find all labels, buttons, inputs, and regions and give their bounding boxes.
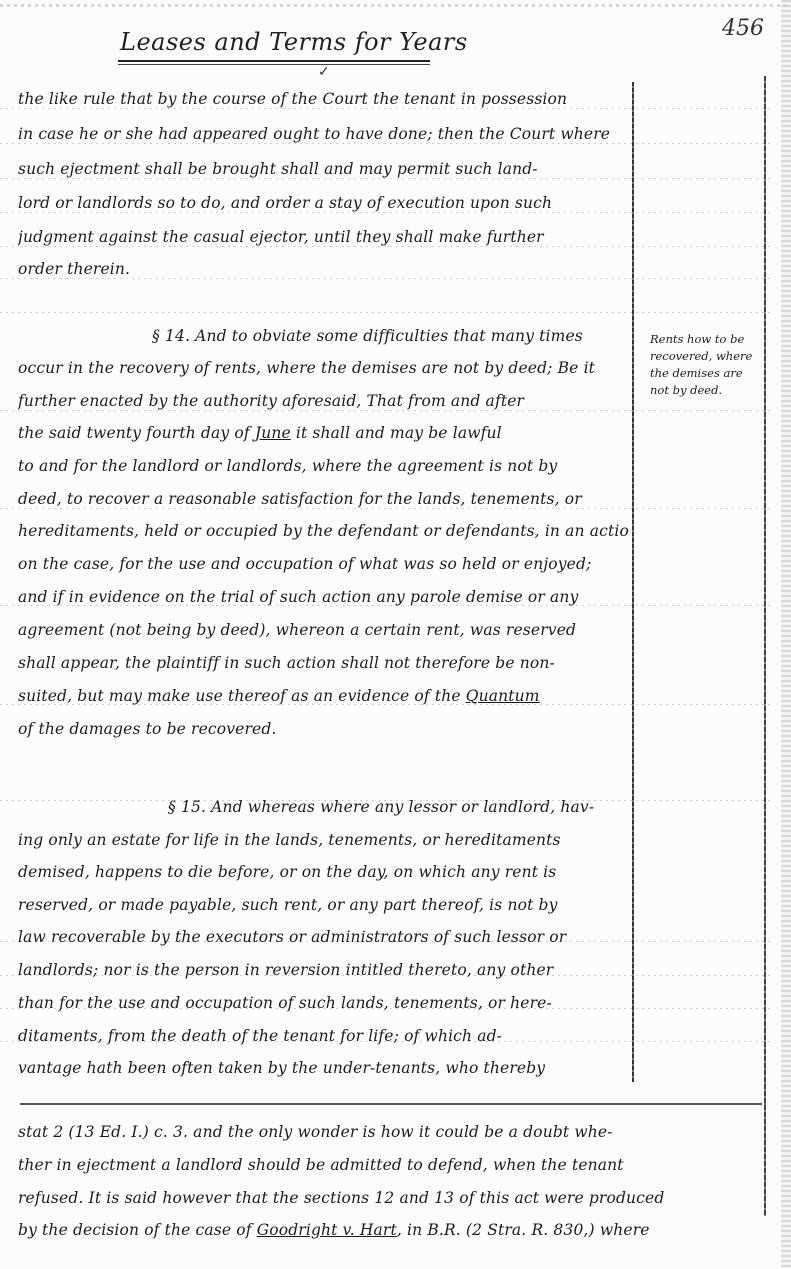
text-span: by the decision of the case of	[18, 1221, 252, 1239]
text-line: law recoverable by the executors or admi…	[18, 927, 630, 947]
check-mark-icon: ✓	[318, 64, 330, 80]
footnote-line: ther in ejectment a landlord should be a…	[18, 1155, 768, 1175]
title-underline	[118, 60, 430, 62]
right-margin-rule	[764, 76, 766, 1216]
manuscript-page: Leases and Terms for Years ✓ 456 the lik…	[0, 0, 791, 1269]
text-span: suited, but may make use thereof as an e…	[18, 687, 461, 705]
footnote-line: by the decision of the case of Goodright…	[18, 1220, 768, 1240]
page-right-edge	[781, 0, 791, 1269]
case-name: Goodright v. Hart	[257, 1221, 397, 1239]
text-line: order therein.	[18, 259, 630, 279]
footnote-divider	[20, 1103, 762, 1105]
text-span: , in B.R. (2 Stra. R. 830,) where	[397, 1221, 650, 1239]
text-line: such ejectment shall be brought shall an…	[18, 159, 630, 179]
underlined-word: Quantum	[466, 687, 540, 705]
footnote-line: stat 2 (13 Ed. I.) c. 3. and the only wo…	[18, 1122, 768, 1142]
underlined-word: June	[255, 424, 291, 442]
text-line: landlords; nor is the person in reversio…	[18, 960, 630, 980]
text-span: it shall and may be lawful	[296, 424, 502, 442]
text-line: deed, to recover a reasonable satisfacti…	[18, 489, 630, 509]
ruled-line	[0, 312, 770, 313]
footnote-line: refused. It is said however that the sec…	[18, 1188, 768, 1208]
text-line: in case he or she had appeared ought to …	[18, 124, 630, 144]
text-line: reserved, or made payable, such rent, or…	[18, 895, 630, 915]
text-line: occur in the recovery of rents, where th…	[18, 358, 630, 378]
margin-rule	[632, 82, 634, 1082]
section-15-heading-line: § 15. And whereas where any lessor or la…	[168, 797, 630, 817]
page-number: 456	[722, 16, 764, 41]
text-line: agreement (not being by deed), whereon a…	[18, 620, 630, 640]
page-title: Leases and Terms for Years	[120, 28, 468, 56]
text-line: to and for the landlord or landlords, wh…	[18, 456, 630, 476]
text-line: and if in evidence on the trial of such …	[18, 587, 630, 607]
text-line: of the damages to be recovered.	[18, 719, 630, 739]
text-line: on the case, for the use and occupation …	[18, 554, 630, 574]
section-14-heading-line: § 14. And to obviate some difficulties t…	[152, 326, 630, 346]
text-line: ing only an estate for life in the lands…	[18, 830, 630, 850]
text-line: hereditaments, held or occupied by the d…	[18, 521, 630, 541]
text-line: shall appear, the plaintiff in such acti…	[18, 653, 630, 673]
text-line: the said twenty fourth day of June it sh…	[18, 423, 630, 443]
text-line: lord or landlords so to do, and order a …	[18, 193, 630, 213]
page-top-edge	[0, 4, 791, 7]
text-line: judgment against the casual ejector, unt…	[18, 227, 630, 247]
text-line: vantage hath been often taken by the und…	[18, 1058, 630, 1078]
text-line: ditaments, from the death of the tenant …	[18, 1026, 630, 1046]
text-line: the like rule that by the course of the …	[18, 89, 630, 109]
text-line: demised, happens to die before, or on th…	[18, 862, 630, 882]
title-underline	[118, 64, 430, 65]
text-line: than for the use and occupation of such …	[18, 993, 630, 1013]
text-span: the said twenty fourth day of	[18, 424, 250, 442]
margin-note: Rents how to be recovered, where the dem…	[650, 331, 762, 399]
text-line: further enacted by the authority aforesa…	[18, 391, 630, 411]
text-line: suited, but may make use thereof as an e…	[18, 686, 630, 706]
